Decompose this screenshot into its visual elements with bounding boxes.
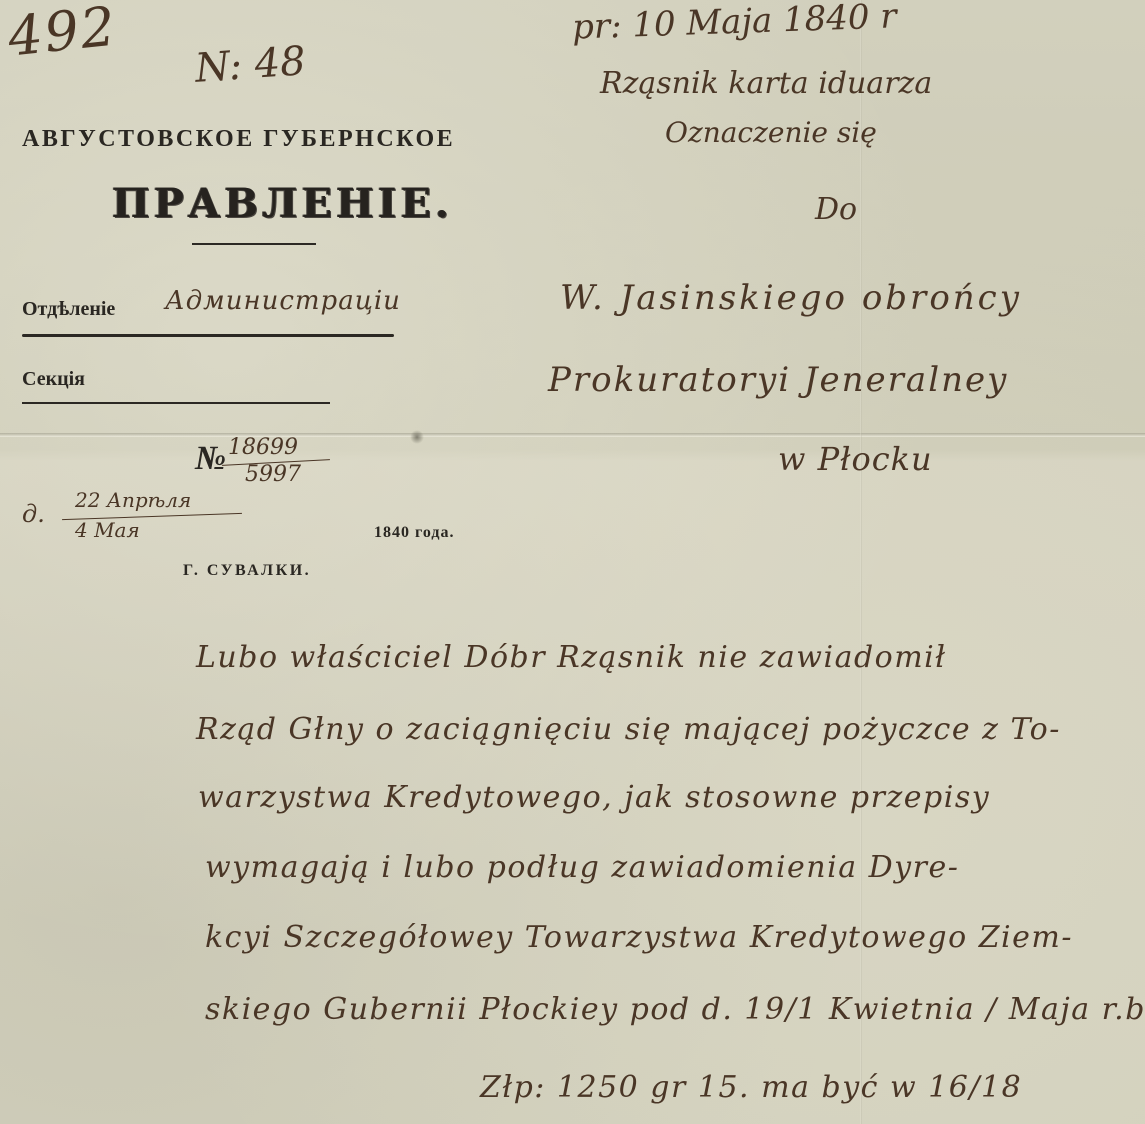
horizontal-fold-line — [0, 433, 1145, 437]
date-old-style: 22 Апрѣля — [75, 488, 191, 512]
vertical-fold-line — [860, 0, 862, 1124]
date-prefix: д. — [22, 500, 45, 528]
date-new-style: 4 Мая — [75, 518, 140, 542]
archive-number: 492 — [5, 0, 120, 69]
department-rule — [22, 334, 394, 337]
registry-number-label: № — [195, 440, 226, 478]
remark-line-2: Oznaczenie się — [665, 116, 877, 149]
department-value: Администраціи — [165, 286, 401, 316]
department-label: Отдѣленіе — [22, 298, 115, 321]
address-to: Do — [815, 192, 857, 227]
letterhead-title: АВГУСТОВСКОЕ ГУБЕРНСКОЕ — [22, 126, 455, 153]
body-line: Rząd Głny o zaciągnięciu się mającej poż… — [196, 712, 1061, 747]
registry-number-top: 18699 — [228, 435, 298, 460]
address-line-3: w Płocku — [778, 440, 933, 478]
letter-number: N: 48 — [194, 38, 308, 92]
body-line: Lubo właściciel Dóbr Rząsnik nie zawiado… — [196, 640, 947, 675]
year-printed: 1840 года. — [374, 524, 455, 542]
body-line: Złp: 1250 gr 15. ma być w 16/18 — [480, 1070, 1022, 1105]
body-line: skiego Gubernii Płockiey pod d. 19/1 Kwi… — [205, 992, 1145, 1027]
body-line: wymagają i lubo podług zawiadomienia Dyr… — [205, 850, 959, 885]
body-line: kcyi Szczegółowey Towarzystwa Kredytoweg… — [205, 920, 1073, 955]
section-rule — [22, 402, 330, 404]
crease-mark — [410, 430, 424, 444]
registry-number-bottom: 5997 — [245, 462, 301, 487]
letterhead-subtitle: ПРАВЛЕНІЕ. — [112, 180, 453, 227]
address-line-1: W. Jasinskiego obrońcy — [560, 278, 1022, 318]
letterhead-divider — [192, 243, 316, 245]
section-label: Секція — [22, 368, 85, 391]
body-line: warzystwa Kredytowego, jak stosowne prze… — [198, 780, 990, 815]
received-note: pr: 10 Maja 1840 r — [571, 0, 897, 48]
document-page: 492 N: 48 АВГУСТОВСКОЕ ГУБЕРНСКОЕ ПРАВЛЕ… — [0, 0, 1145, 1124]
city: Г. СУВАЛКИ. — [183, 562, 311, 580]
remark-line-1: Rząsnik karta iduarza — [600, 66, 932, 101]
address-line-2: Prokuratoryi Jeneralney — [548, 360, 1008, 400]
